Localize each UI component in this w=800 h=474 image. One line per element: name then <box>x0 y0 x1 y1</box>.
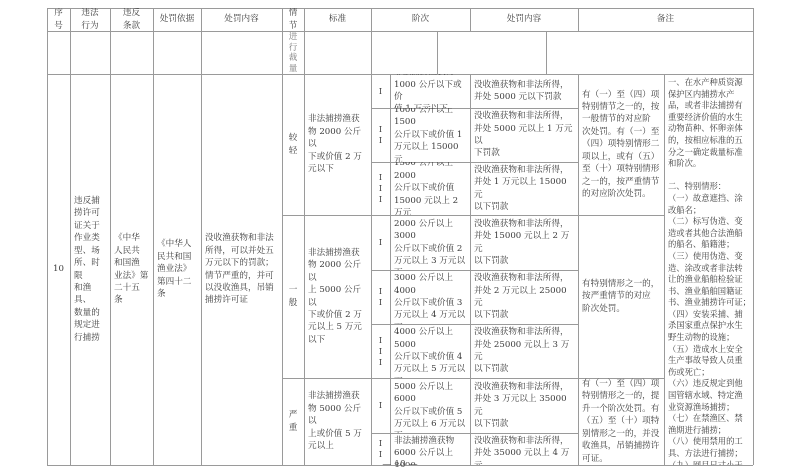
level-condition: 非法捕捞渔获物 1000 公斤以下或价 值 1 万元以下 <box>390 74 470 108</box>
page-number: — 10 — <box>0 460 800 470</box>
header-content: 处罚内容 <box>201 8 282 31</box>
header-standard: 标准 <box>304 8 371 31</box>
standard-serious: 非法捕捞渔获 物 5000 公斤以 上或价值 5 万 元以上 <box>304 378 371 465</box>
standard-light: 非法捕捞渔获 物 2000 公斤以 下或价值 2 万 元以下 <box>304 74 371 215</box>
level-roman: I I I <box>371 324 390 378</box>
circumstance-serious: 严 重 <box>282 378 304 465</box>
level-penalty: 没收渔获物和非法所得， 并处 3 万元以上 35000 元 以下罚款 <box>470 378 578 433</box>
header-remarks: 备注 <box>578 8 753 31</box>
standard-general: 非法捕捞渔获 物 2000 公斤以 上 5000 公斤以 下或价值 2 万 元以… <box>304 215 371 378</box>
level-penalty: 没收渔获物和非法所得， 并处 25000 元以上 3 万元 以下罚款 <box>470 324 578 378</box>
note-general: 有特别情形之一的， 按严重情节的对应 阶次处罚。 <box>578 215 664 378</box>
level-penalty: 没收渔获物和非法所得， 并处 2 万元以上 25000 元 以下罚款 <box>470 270 578 324</box>
level-roman-text: I I <box>371 438 390 460</box>
note-light: 有（一）至（四）项 特别情节之一的，按 一般情节的对应阶 次处罚。有（一）至 （… <box>578 74 664 215</box>
level-roman: I <box>371 378 390 433</box>
remarks: 一、在水产种质资源 保护区内捕捞水产 品，或者非法捕捞有 重要经济价值的水生 动… <box>664 74 753 465</box>
level-roman: I I <box>371 270 390 324</box>
level-condition: 非法捕捞渔获物 1500 公斤以上 2000 公斤以下或价值 15000 元以上… <box>390 162 470 215</box>
level-roman-text: I <box>371 237 390 248</box>
level-roman-text: I <box>371 86 390 97</box>
row-act: 违反捕 捞许可 证关于 作业类 型、场 所、时限 和渔具、 数量的 规定进 行捕… <box>70 74 110 465</box>
note-serious: 有（一）至（四）项 特别情形之一的，提 升一个阶次处罚。有 （五）至（十）项特 … <box>578 378 664 465</box>
level-roman-text: I <box>371 400 390 411</box>
level-roman: I <box>371 215 390 270</box>
level-condition: 非法捕捞渔获物 2000 公斤以上 3000 公斤以下或价值 2 万元以上 3 … <box>390 215 470 270</box>
level-condition: 非法捕捞渔获物 4000 公斤以上 5000 公斤以下或价值 4 万元以上 5 … <box>390 324 470 378</box>
col-line-hdr-sub1 <box>437 31 438 74</box>
level-roman: I <box>371 74 390 108</box>
level-penalty: 没收渔获物和非法所得， 并处 5000 元以下罚款 <box>470 74 578 108</box>
header-basis: 处罚依据 <box>153 8 201 31</box>
header-act: 违法 行为 <box>70 8 110 31</box>
level-roman-text: I I I <box>371 335 390 368</box>
level-condition: 非法捕捞渔获物 3000 公斤以上 4000 公斤以下或价值 3 万元以上 4 … <box>390 270 470 324</box>
level-condition: 非法捕捞渔获物 5000 公斤以上 6000 公斤以下或价值 5 万元以上 6 … <box>390 378 470 433</box>
level-roman-text: I I <box>371 286 390 308</box>
row-basis: 《中华人 民共和国 渔业法》 第四十二 条 <box>153 74 201 465</box>
col-line-hdr-sub2 <box>546 31 547 74</box>
col-line-right <box>753 8 754 465</box>
row-seq: 10 <box>47 74 70 465</box>
header-circumstance: 情 节 <box>282 8 304 31</box>
circumstance-light: 较 轻 <box>282 74 304 215</box>
header-seq: 序 号 <box>47 8 70 31</box>
row-content: 没收渔获物和非法 所得，可以并处五 万元以下的罚款； 情节严重的，并可 以没收渔… <box>201 74 282 465</box>
circumstance-general: 一 般 <box>282 215 304 378</box>
level-roman-text: I I I <box>371 172 390 205</box>
level-penalty: 没收渔获物和非法所得， 并处 1 万元以上 15000 元 以下罚款 <box>470 162 578 215</box>
header-penalty: 处罚内容 <box>470 8 578 31</box>
header-circumstance-sub: 进 行 裁 量 <box>282 32 304 74</box>
level-penalty: 没收渔获物和非法所得， 并处 15000 元以上 2 万元 以下罚款 <box>470 215 578 270</box>
header-level: 阶次 <box>371 8 470 31</box>
level-penalty: 没收渔获物和非法所得， 并处 5000 元以上 1 万元以 下罚款 <box>470 108 578 162</box>
row-clause: 《中华 人民共 和国渔 业法》第 二十五 条 <box>110 74 153 465</box>
level-roman: I I I <box>371 162 390 215</box>
level-roman: I I <box>371 108 390 162</box>
level-roman-text: I I <box>371 124 390 146</box>
level-condition: 非法捕捞渔获物 1000 公斤以上 1500 公斤以下或价值 1 万元以上 15… <box>390 108 470 162</box>
header-clause: 违反 条款 <box>110 8 153 31</box>
